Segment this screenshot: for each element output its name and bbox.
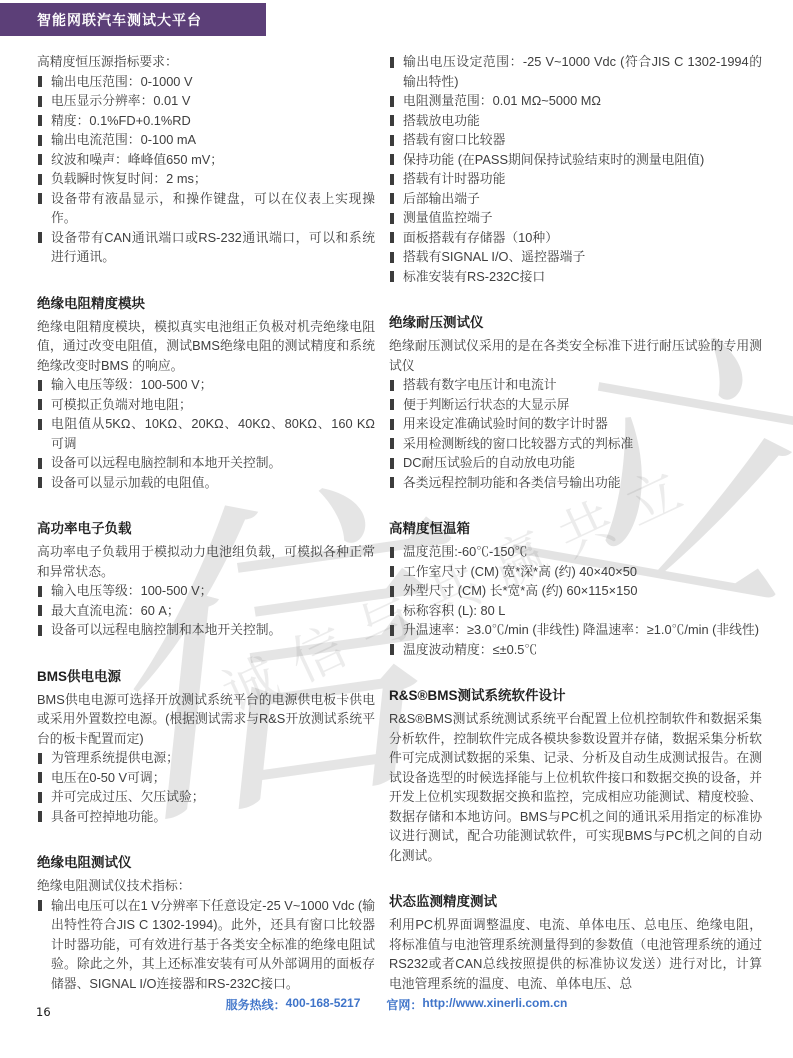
section-heading: BMS供电电源	[37, 667, 375, 687]
bullet-marker-icon	[390, 566, 394, 577]
hotline-number: 400-168-5217	[286, 996, 361, 1013]
bullet-item: 设备带有液晶显示，和操作键盘，可以在仪表上实现操作。	[37, 189, 375, 228]
bullet-text: 标称容积 (L): 80 L	[403, 601, 762, 621]
section: R&S®BMS测试系统软件设计R&S®BMS测试系统测试系统平台配置上位机控制软…	[389, 686, 762, 865]
section: 高功率电子负载高功率电子负载用于模拟动力电池组负载，可模拟各种正常和异常状态。输…	[37, 519, 375, 640]
bullet-marker-icon	[38, 154, 42, 165]
bullet-text: 后部输出端子	[403, 189, 762, 209]
bullet-marker-icon	[38, 135, 42, 146]
bullet-item: 搭载放电功能	[389, 111, 762, 131]
bullet-text: 输出电压范围：0-1000 V	[51, 72, 375, 92]
bullet-text: 电压显示分辨率：0.01 V	[51, 91, 375, 111]
bullet-marker-icon	[38, 380, 42, 391]
bullet-item: 设备可以显示加载的电阻值。	[37, 473, 375, 493]
section: BMS供电电源BMS供电电源可选择开放测试系统平台的电源供电板卡供电或采用外置数…	[37, 667, 375, 827]
bullet-text: 面板搭载有存储器（10种）	[403, 228, 762, 248]
bullet-text: 纹波和噪声：峰峰值650 mV；	[51, 150, 375, 170]
bullet-item: 搭载有SIGNAL I/O、遥控器端子	[389, 247, 762, 267]
section: 高精度恒温箱温度范围:-60℃-150℃工作室尺寸 (CM) 宽*深*高 (约)…	[389, 519, 762, 659]
bullet-item: 输入电压等级：100-500 V；	[37, 375, 375, 395]
bullet-marker-icon	[38, 458, 42, 469]
bullet-item: 搭载有数字电压计和电流计	[389, 375, 762, 395]
bullet-marker-icon	[390, 115, 394, 126]
bullet-text: 温度波动精度：≤±0.5℃	[403, 640, 762, 660]
footer-hotline: 服务热线： 400-168-5217	[226, 996, 361, 1013]
section: 绝缘电阻测试仪绝缘电阻测试仪技术指标：输出电压可以在1 V分辨率下任意设定-25…	[37, 853, 375, 990]
bullet-text: 外型尺寸 (CM) 长*宽*高 (约) 60×115×150	[403, 581, 762, 601]
bullet-marker-icon	[38, 605, 42, 616]
page-number: 16	[36, 1005, 51, 1019]
bullet-text: 输入电压等级：100-500 V；	[51, 375, 375, 395]
bullet-marker-icon	[390, 232, 394, 243]
hotline-label: 服务热线：	[226, 996, 286, 1013]
bullet-marker-icon	[390, 154, 394, 165]
footer: 服务热线： 400-168-5217 官网： http://www.xinerl…	[0, 996, 793, 1013]
section-heading: 高精度恒温箱	[389, 519, 762, 539]
bullet-text: 搭载有窗口比较器	[403, 130, 762, 150]
bullet-marker-icon	[390, 174, 394, 185]
bullet-text: 采用检测断线的窗口比较器方式的判标准	[403, 434, 762, 454]
bullet-marker-icon	[38, 625, 42, 636]
document-page: 信 立 诚信与共赢共立 智能网联汽车测试大平台 高精度恒压源指标要求：输出电压范…	[0, 0, 793, 1058]
bullet-item: 电阻测量范围：0.01 MΩ~5000 MΩ	[389, 91, 762, 111]
bullet-item: 标称容积 (L): 80 L	[389, 601, 762, 621]
bullet-marker-icon	[390, 380, 394, 391]
bullet-marker-icon	[390, 586, 394, 597]
bullet-item: 纹波和噪声：峰峰值650 mV；	[37, 150, 375, 170]
section-heading: 绝缘耐压测试仪	[389, 313, 762, 333]
bullet-list: 输入电压等级：100-500 V；最大直流电流：60 A；设备可以远程电脑控制和…	[37, 581, 375, 640]
bullet-marker-icon	[38, 900, 42, 911]
bullet-item: 为管理系统提供电源；	[37, 748, 375, 768]
bullet-item: 外型尺寸 (CM) 长*宽*高 (约) 60×115×150	[389, 581, 762, 601]
bullet-item: 各类远程控制功能和各类信号输出功能	[389, 473, 762, 493]
bullet-text: 输出电压设定范围：-25 V~1000 Vdc (符合JIS C 1302-19…	[403, 52, 762, 91]
bullet-item: 保持功能 (在PASS期间保持试验结束时的测量电阻值)	[389, 150, 762, 170]
bullet-text: 搭载有计时器功能	[403, 169, 762, 189]
bullet-item: 后部输出端子	[389, 189, 762, 209]
page-content: 高精度恒压源指标要求：输出电压范围：0-1000 V电压显示分辨率：0.01 V…	[37, 52, 762, 990]
website-url: http://www.xinerli.com.cn	[422, 996, 567, 1013]
bullet-item: 负载瞬时恢复时间：2 ms；	[37, 169, 375, 189]
section: 输出电压设定范围：-25 V~1000 Vdc (符合JIS C 1302-19…	[389, 52, 762, 286]
bullet-item: 电阻值从5KΩ、10KΩ、20KΩ、40KΩ、80KΩ、160 KΩ可调	[37, 414, 375, 453]
bullet-text: 各类远程控制功能和各类信号输出功能	[403, 473, 762, 493]
bullet-text: 输出电流范围：0-100 mA	[51, 130, 375, 150]
header-bar: 智能网联汽车测试大平台	[0, 3, 266, 36]
section-heading: R&S®BMS测试系统软件设计	[389, 686, 762, 706]
bullet-marker-icon	[390, 57, 394, 68]
bullet-item: 升温速率：≥3.0℃/min (非线性) 降温速率：≥1.0℃/min (非线性…	[389, 620, 762, 640]
bullet-item: 温度范围:-60℃-150℃	[389, 542, 762, 562]
bullet-marker-icon	[38, 792, 42, 803]
bullet-list: 输出电压范围：0-1000 V电压显示分辨率：0.01 V精度：0.1%FD+0…	[37, 72, 375, 267]
bullet-text: 工作室尺寸 (CM) 宽*深*高 (约) 40×40×50	[403, 562, 762, 582]
bullet-text: 保持功能 (在PASS期间保持试验结束时的测量电阻值)	[403, 150, 762, 170]
bullet-item: 搭载有窗口比较器	[389, 130, 762, 150]
bullet-marker-icon	[390, 438, 394, 449]
left-column: 高精度恒压源指标要求：输出电压范围：0-1000 V电压显示分辨率：0.01 V…	[37, 52, 375, 990]
bullet-text: 为管理系统提供电源；	[51, 748, 375, 768]
bullet-text: DC耐压试验后的自动放电功能	[403, 453, 762, 473]
bullet-marker-icon	[390, 605, 394, 616]
bullet-text: 升温速率：≥3.0℃/min (非线性) 降温速率：≥1.0℃/min (非线性…	[403, 620, 762, 640]
bullet-text: 电阻值从5KΩ、10KΩ、20KΩ、40KΩ、80KΩ、160 KΩ可调	[51, 414, 375, 453]
section: 高精度恒压源指标要求：输出电压范围：0-1000 V电压显示分辨率：0.01 V…	[37, 52, 375, 267]
bullet-text: 设备可以远程电脑控制和本地开关控制。	[51, 620, 375, 640]
bullet-item: 输出电压可以在1 V分辨率下任意设定-25 V~1000 Vdc (输出特性符合…	[37, 896, 375, 991]
bullet-marker-icon	[390, 96, 394, 107]
bullet-list: 输出电压可以在1 V分辨率下任意设定-25 V~1000 Vdc (输出特性符合…	[37, 896, 375, 991]
bullet-text: 可模拟正负端对地电阻；	[51, 395, 375, 415]
bullet-text: 测量值监控端子	[403, 208, 762, 228]
bullet-text: 便于判断运行状态的大显示屏	[403, 395, 762, 415]
bullet-item: 电压显示分辨率：0.01 V	[37, 91, 375, 111]
bullet-item: 输入电压等级：100-500 V；	[37, 581, 375, 601]
section-paragraph: 绝缘耐压测试仪采用的是在各类安全标准下进行耐压试验的专用测试仪	[389, 336, 762, 375]
section: 绝缘耐压测试仪绝缘耐压测试仪采用的是在各类安全标准下进行耐压试验的专用测试仪搭载…	[389, 313, 762, 492]
bullet-marker-icon	[38, 96, 42, 107]
bullet-text: 最大直流电流：60 A；	[51, 601, 375, 621]
bullet-list: 温度范围:-60℃-150℃工作室尺寸 (CM) 宽*深*高 (约) 40×40…	[389, 542, 762, 659]
bullet-item: 测量值监控端子	[389, 208, 762, 228]
bullet-item: 用来设定准确试验时间的数字计时器	[389, 414, 762, 434]
footer-website: 官网： http://www.xinerli.com.cn	[386, 996, 567, 1013]
bullet-marker-icon	[390, 419, 394, 430]
bullet-marker-icon	[390, 644, 394, 655]
section-paragraph: 绝缘电阻测试仪技术指标：	[37, 876, 375, 896]
bullet-text: 用来设定准确试验时间的数字计时器	[403, 414, 762, 434]
bullet-list: 输入电压等级：100-500 V；可模拟正负端对地电阻；电阻值从5KΩ、10KΩ…	[37, 375, 375, 492]
bullet-text: 具备可控掉地功能。	[51, 807, 375, 827]
bullet-item: 设备可以远程电脑控制和本地开关控制。	[37, 453, 375, 473]
bullet-text: 设备带有液晶显示，和操作键盘，可以在仪表上实现操作。	[51, 189, 375, 228]
section-paragraph: R&S®BMS测试系统测试系统平台配置上位机控制软件和数据采集分析软件，控制软件…	[389, 709, 762, 865]
bullet-marker-icon	[38, 586, 42, 597]
bullet-marker-icon	[390, 271, 394, 282]
section-paragraph: BMS供电电源可选择开放测试系统平台的电源供电板卡供电或采用外置数控电源。(根据…	[37, 690, 375, 749]
bullet-item: 精度：0.1%FD+0.1%RD	[37, 111, 375, 131]
bullet-text: 设备带有CAN通讯端口或RS-232通讯端口，可以和系统进行通讯。	[51, 228, 375, 267]
bullet-item: 并可完成过压、欠压试验；	[37, 787, 375, 807]
bullet-item: 输出电压范围：0-1000 V	[37, 72, 375, 92]
bullet-item: 具备可控掉地功能。	[37, 807, 375, 827]
bullet-item: 电压在0-50 V可调；	[37, 768, 375, 788]
section-heading: 状态监测精度测试	[389, 892, 762, 912]
bullet-marker-icon	[390, 625, 394, 636]
bullet-marker-icon	[38, 753, 42, 764]
bullet-text: 电阻测量范围：0.01 MΩ~5000 MΩ	[403, 91, 762, 111]
bullet-marker-icon	[38, 772, 42, 783]
bullet-text: 搭载有SIGNAL I/O、遥控器端子	[403, 247, 762, 267]
bullet-item: 设备带有CAN通讯端口或RS-232通讯端口，可以和系统进行通讯。	[37, 228, 375, 267]
section: 绝缘电阻精度模块绝缘电阻精度模块，模拟真实电池组正负极对机壳绝缘电阻值，通过改变…	[37, 294, 375, 493]
bullet-marker-icon	[390, 399, 394, 410]
bullet-marker-icon	[38, 811, 42, 822]
section-heading: 高功率电子负载	[37, 519, 375, 539]
bullet-text: 负载瞬时恢复时间：2 ms；	[51, 169, 375, 189]
section-paragraph: 绝缘电阻精度模块，模拟真实电池组正负极对机壳绝缘电阻值，通过改变电阻值，测试BM…	[37, 317, 375, 376]
bullet-text: 搭载放电功能	[403, 111, 762, 131]
bullet-item: 面板搭载有存储器（10种）	[389, 228, 762, 248]
bullet-item: 工作室尺寸 (CM) 宽*深*高 (约) 40×40×50	[389, 562, 762, 582]
bullet-text: 并可完成过压、欠压试验；	[51, 787, 375, 807]
bullet-marker-icon	[390, 458, 394, 469]
bullet-text: 输出电压可以在1 V分辨率下任意设定-25 V~1000 Vdc (输出特性符合…	[51, 896, 375, 991]
bullet-marker-icon	[38, 193, 42, 204]
bullet-text: 温度范围:-60℃-150℃	[403, 542, 762, 562]
bullet-marker-icon	[38, 76, 42, 87]
bullet-item: 最大直流电流：60 A；	[37, 601, 375, 621]
bullet-item: 搭载有计时器功能	[389, 169, 762, 189]
bullet-item: 温度波动精度：≤±0.5℃	[389, 640, 762, 660]
bullet-item: 采用检测断线的窗口比较器方式的判标准	[389, 434, 762, 454]
bullet-text: 精度：0.1%FD+0.1%RD	[51, 111, 375, 131]
bullet-marker-icon	[38, 477, 42, 488]
bullet-marker-icon	[38, 419, 42, 430]
bullet-marker-icon	[390, 477, 394, 488]
bullet-item: 便于判断运行状态的大显示屏	[389, 395, 762, 415]
bullet-item: 设备可以远程电脑控制和本地开关控制。	[37, 620, 375, 640]
bullet-marker-icon	[38, 399, 42, 410]
bullet-marker-icon	[390, 213, 394, 224]
bullet-marker-icon	[390, 135, 394, 146]
bullet-item: 可模拟正负端对地电阻；	[37, 395, 375, 415]
bullet-item: 标准安装有RS-232C接口	[389, 267, 762, 287]
bullet-text: 设备可以远程电脑控制和本地开关控制。	[51, 453, 375, 473]
section-paragraph: 高精度恒压源指标要求：	[37, 52, 375, 72]
website-label: 官网：	[386, 996, 422, 1013]
section-paragraph: 利用PC机界面调整温度、电流、单体电压、总电压、绝缘电阻，将标准值与电池管理系统…	[389, 915, 762, 990]
right-column: 输出电压设定范围：-25 V~1000 Vdc (符合JIS C 1302-19…	[389, 52, 762, 990]
section: 状态监测精度测试利用PC机界面调整温度、电流、单体电压、总电压、绝缘电阻，将标准…	[389, 892, 762, 990]
bullet-text: 设备可以显示加载的电阻值。	[51, 473, 375, 493]
section-heading: 绝缘电阻精度模块	[37, 294, 375, 314]
bullet-list: 输出电压设定范围：-25 V~1000 Vdc (符合JIS C 1302-19…	[389, 52, 762, 286]
page-title: 智能网联汽车测试大平台	[0, 10, 202, 30]
bullet-item: DC耐压试验后的自动放电功能	[389, 453, 762, 473]
bullet-list: 为管理系统提供电源；电压在0-50 V可调；并可完成过压、欠压试验；具备可控掉地…	[37, 748, 375, 826]
bullet-marker-icon	[38, 174, 42, 185]
bullet-marker-icon	[390, 547, 394, 558]
bullet-text: 搭载有数字电压计和电流计	[403, 375, 762, 395]
bullet-marker-icon	[38, 115, 42, 126]
bullet-item: 输出电流范围：0-100 mA	[37, 130, 375, 150]
bullet-item: 输出电压设定范围：-25 V~1000 Vdc (符合JIS C 1302-19…	[389, 52, 762, 91]
bullet-text: 标准安装有RS-232C接口	[403, 267, 762, 287]
bullet-marker-icon	[38, 232, 42, 243]
bullet-text: 电压在0-50 V可调；	[51, 768, 375, 788]
bullet-marker-icon	[390, 193, 394, 204]
bullet-text: 输入电压等级：100-500 V；	[51, 581, 375, 601]
bullet-list: 搭载有数字电压计和电流计便于判断运行状态的大显示屏用来设定准确试验时间的数字计时…	[389, 375, 762, 492]
bullet-marker-icon	[390, 252, 394, 263]
section-heading: 绝缘电阻测试仪	[37, 853, 375, 873]
section-paragraph: 高功率电子负载用于模拟动力电池组负载，可模拟各种正常和异常状态。	[37, 542, 375, 581]
